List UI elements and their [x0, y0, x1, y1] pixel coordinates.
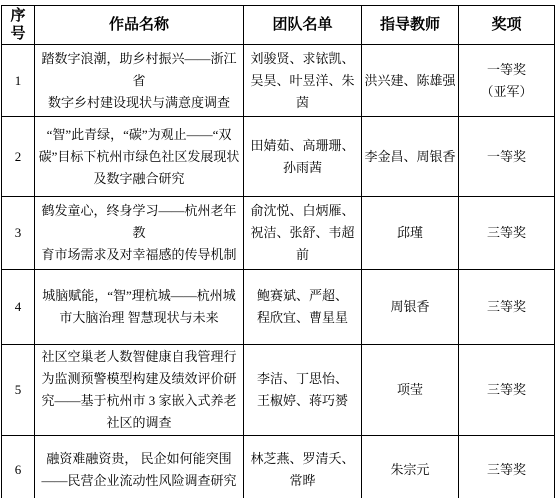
cell-team-members: 李洁、丁思怡、 王椒婷、蒋巧赟: [244, 345, 362, 436]
cell-serial-number: 1: [2, 45, 35, 117]
cell-advisor-names: 李金昌、周银香: [362, 117, 459, 197]
cell-team-members: 刘骏贤、求铱凯、 吴昊、叶昱洋、朱茵: [244, 45, 362, 117]
table-row: 6融资难融资贵， 民企如何能突围 ——民营企业流动性风险调查研究林芝燕、罗清夭、…: [2, 436, 555, 498]
table-row: 2“智”此青绿，“碳”为观止——“双 碳”目标下杭州市绿色社区发展现状 及数字融…: [2, 117, 555, 197]
header-advisor: 指导教师: [362, 6, 459, 45]
cell-award-level: 三等奖: [459, 197, 555, 270]
cell-award-level: 一等奖 （亚军）: [459, 45, 555, 117]
cell-advisor-names: 朱宗元: [362, 436, 459, 498]
awards-table: 序号 作品名称 团队名单 指导教师 奖项 1踏数字浪潮，助乡村振兴——浙江省 数…: [1, 5, 555, 498]
cell-advisor-names: 洪兴建、陈雄强: [362, 45, 459, 117]
document-page: 序号 作品名称 团队名单 指导教师 奖项 1踏数字浪潮，助乡村振兴——浙江省 数…: [0, 0, 559, 498]
header-row: 序号 作品名称 团队名单 指导教师 奖项: [2, 6, 555, 45]
cell-serial-number: 2: [2, 117, 35, 197]
header-work-title: 作品名称: [35, 6, 244, 45]
cell-award-level: 三等奖: [459, 436, 555, 498]
cell-advisor-names: 项莹: [362, 345, 459, 436]
cell-work-title: 踏数字浪潮，助乡村振兴——浙江省 数字乡村建设现状与满意度调查: [35, 45, 244, 117]
header-award: 奖项: [459, 6, 555, 45]
cell-work-title: 鹤发童心，终身学习——杭州老年教 育市场需求及对幸福感的传导机制: [35, 197, 244, 270]
header-team-list: 团队名单: [244, 6, 362, 45]
cell-advisor-names: 邱瑾: [362, 197, 459, 270]
cell-award-level: 三等奖: [459, 270, 555, 345]
cell-work-title: 融资难融资贵， 民企如何能突围 ——民营企业流动性风险调查研究: [35, 436, 244, 498]
cell-serial-number: 6: [2, 436, 35, 498]
table-row: 5社区空巢老人数智健康自我管理行 为监测预警模型构建及绩效评价研 究——基于杭州…: [2, 345, 555, 436]
table-row: 4城脑赋能，“智”理杭城——杭州城 市大脑治理 智慧现状与未来鲍赛斌、严超、 程…: [2, 270, 555, 345]
cell-award-level: 三等奖: [459, 345, 555, 436]
cell-serial-number: 4: [2, 270, 35, 345]
cell-team-members: 林芝燕、罗清夭、 常晔: [244, 436, 362, 498]
cell-work-title: “智”此青绿，“碳”为观止——“双 碳”目标下杭州市绿色社区发展现状 及数字融合…: [35, 117, 244, 197]
cell-award-level: 一等奖: [459, 117, 555, 197]
cell-advisor-names: 周银香: [362, 270, 459, 345]
cell-serial-number: 5: [2, 345, 35, 436]
header-serial-number: 序号: [2, 6, 35, 45]
cell-serial-number: 3: [2, 197, 35, 270]
cell-team-members: 鲍赛斌、严超、 程欣宜、曹星星: [244, 270, 362, 345]
cell-team-members: 俞沈悦、白炳雁、 祝洁、张舒、韦超前: [244, 197, 362, 270]
table-row: 1踏数字浪潮，助乡村振兴——浙江省 数字乡村建设现状与满意度调查刘骏贤、求铱凯、…: [2, 45, 555, 117]
cell-work-title: 城脑赋能，“智”理杭城——杭州城 市大脑治理 智慧现状与未来: [35, 270, 244, 345]
cell-work-title: 社区空巢老人数智健康自我管理行 为监测预警模型构建及绩效评价研 究——基于杭州市…: [35, 345, 244, 436]
cell-team-members: 田婧茹、高珊珊、 孙雨茜: [244, 117, 362, 197]
table-row: 3鹤发童心，终身学习——杭州老年教 育市场需求及对幸福感的传导机制俞沈悦、白炳雁…: [2, 197, 555, 270]
